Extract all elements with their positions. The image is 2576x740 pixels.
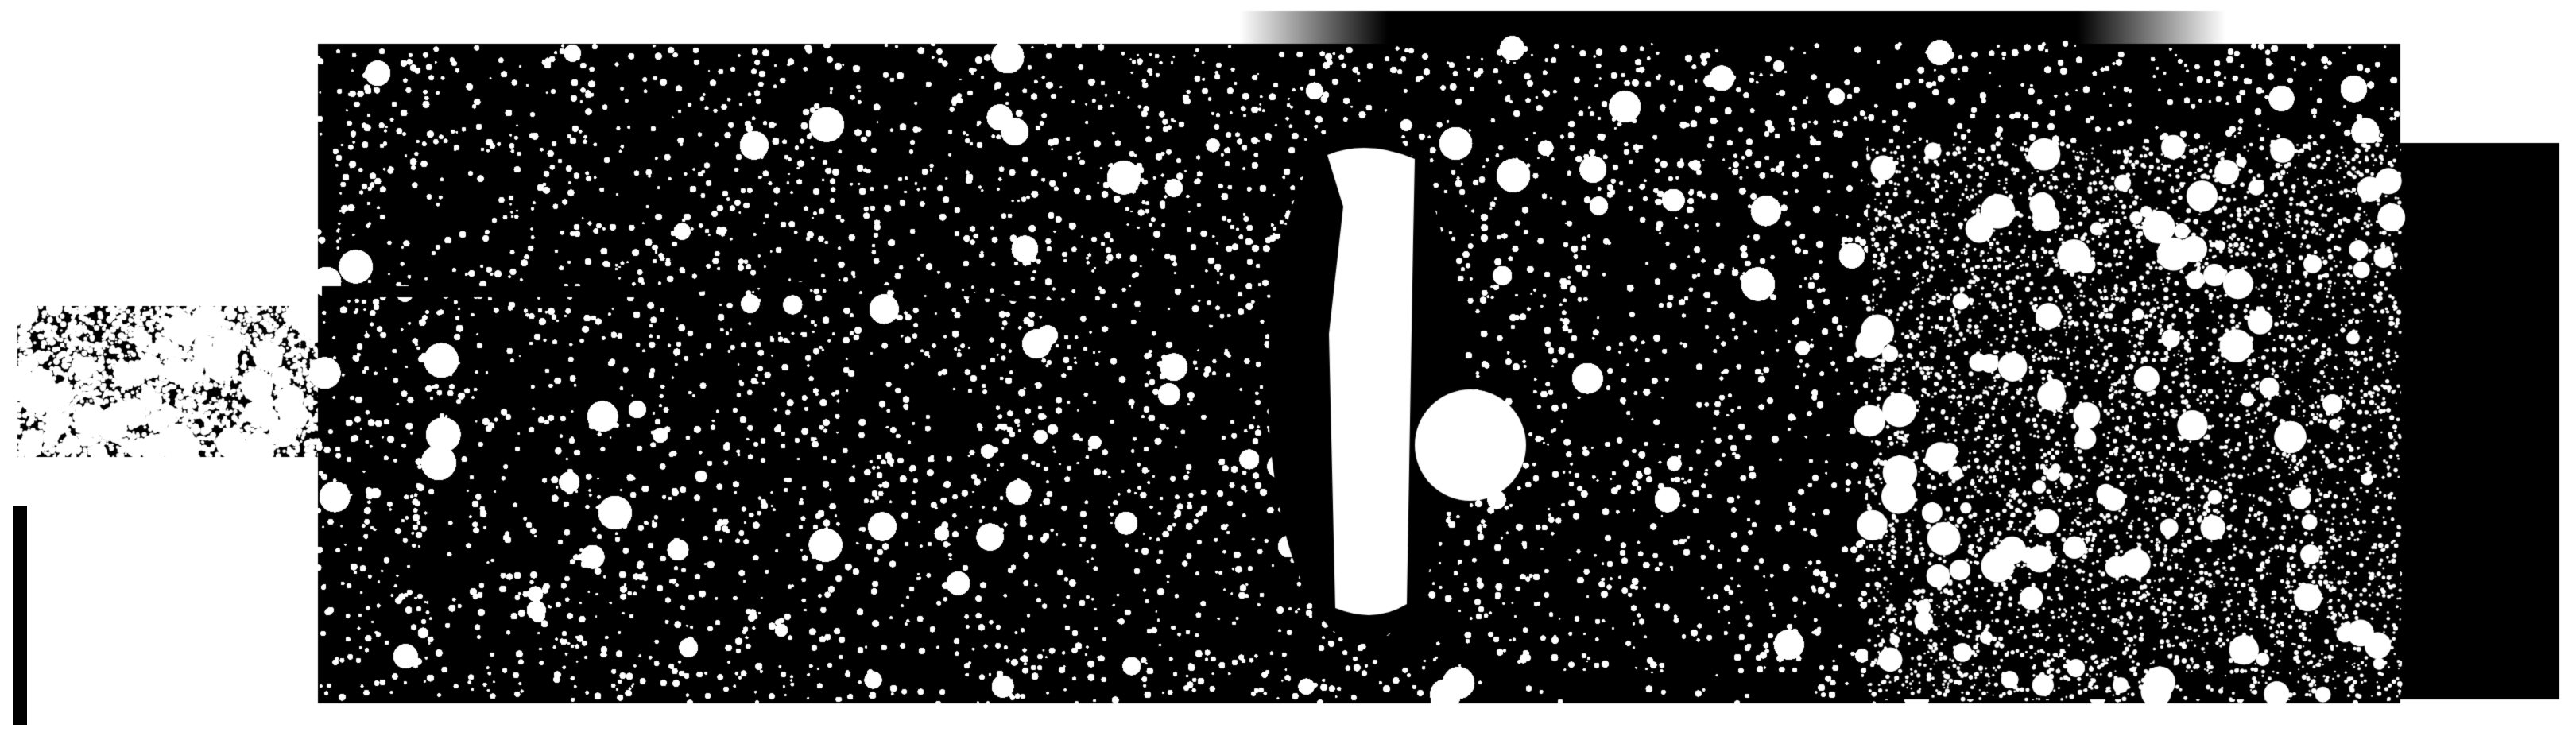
specimen-photo <box>0 0 2576 740</box>
vertical-label-strip <box>13 506 27 725</box>
